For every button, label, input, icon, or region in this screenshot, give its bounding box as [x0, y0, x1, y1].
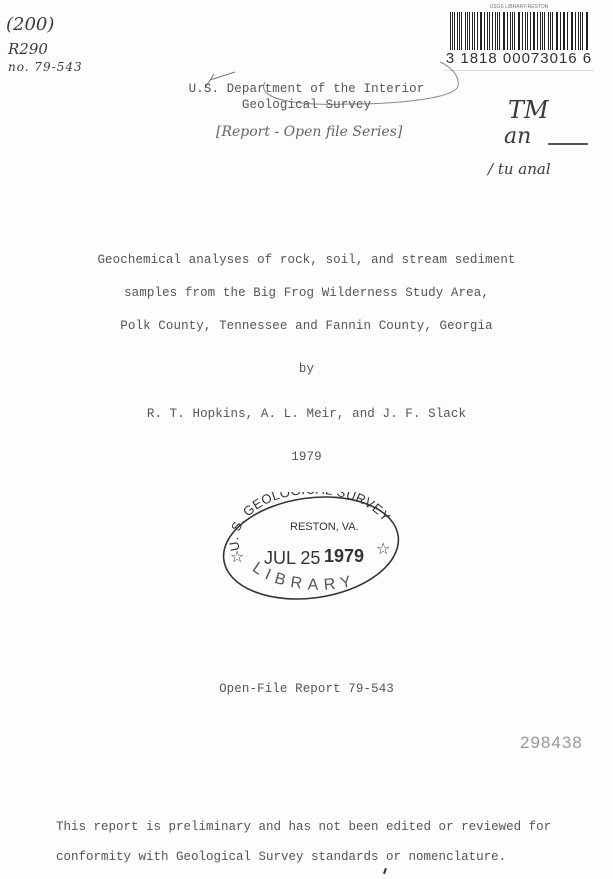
year: 1979	[0, 450, 613, 464]
authors: R. T. Hopkins, A. L. Meir, and J. F. Sla…	[0, 407, 613, 421]
disclaimer-line-2: conformity with Geological Survey standa…	[56, 850, 506, 864]
handwritten-initials: TM	[508, 96, 549, 124]
star-icon: ☆	[230, 547, 244, 566]
by-label: by	[0, 362, 613, 376]
agency-name: U.S. Department of the Interior	[0, 82, 613, 96]
stamp-date: JUL 25	[264, 548, 320, 568]
stray-mark	[383, 868, 387, 874]
disclaimer-line-1: This report is preliminary and has not b…	[56, 820, 551, 834]
report-id: Open-File Report 79-543	[0, 682, 613, 696]
stamp-year: 1979	[324, 546, 364, 566]
accession-number: 298438	[520, 733, 583, 753]
handwritten-bracket-note: [Report - Open file Series]	[216, 124, 402, 140]
library-stamp: U. S. GEOLOGICAL SURVEY RESTON, VA. ☆ JU…	[218, 492, 404, 604]
handwritten-note-3: / tu anal	[488, 160, 551, 178]
title-line-2: samples from the Big Frog Wilderness Stu…	[0, 286, 613, 300]
document-page: (200) R290 no. 79-543 USGS LIBRARY-RESTO…	[0, 0, 613, 879]
title-line-3: Polk County, Tennessee and Fannin County…	[0, 319, 613, 333]
star-icon: ☆	[376, 539, 390, 558]
handwritten-dash	[548, 143, 588, 145]
stamp-location: RESTON, VA.	[290, 521, 359, 533]
title-line-1: Geochemical analyses of rock, soil, and …	[0, 253, 613, 267]
handwritten-note-2: an	[504, 124, 531, 149]
